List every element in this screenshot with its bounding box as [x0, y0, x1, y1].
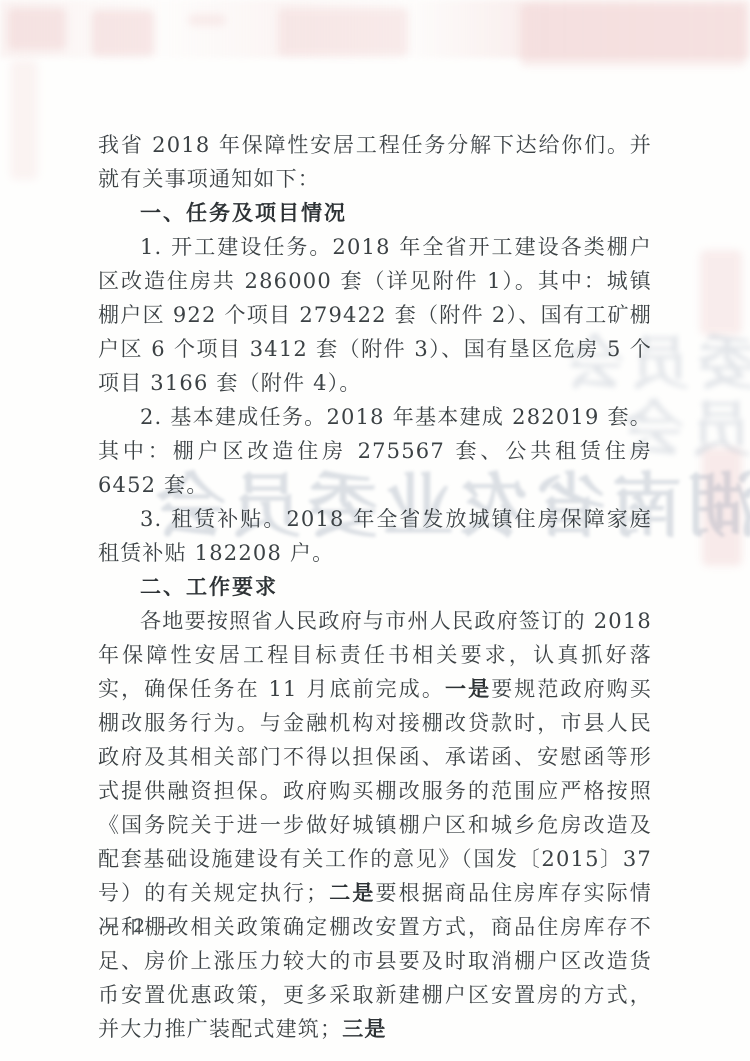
- scan-artifact: [92, 10, 154, 56]
- section2-heading: 二、工作要求: [98, 570, 652, 604]
- page-number: — 2 —: [100, 915, 182, 937]
- section1-item3: 3. 租赁补贴。2018 年全省发放城镇住房保障家庭租赁补贴 182208 户。: [98, 502, 652, 570]
- scan-artifact: [278, 8, 408, 56]
- scan-artifact: [10, 60, 38, 180]
- scanned-document-page: 委员会 员会 湖南省农业委员会 我省 2018 年保障性安居工程任务分解下达给你…: [0, 0, 750, 1061]
- scan-artifact: [702, 448, 742, 566]
- bold-lead-marker: 三是: [342, 1017, 386, 1041]
- section1-item2: 2. 基本建成任务。2018 年基本建成 282019 套。其中：棚户区改造住房…: [98, 400, 652, 502]
- scan-artifact: [700, 250, 742, 335]
- section1-item1: 1. 开工建设任务。2018 年全省开工建设各类棚户区改造住房共 286000 …: [98, 230, 652, 400]
- paragraph-segment: 要规范政府购买棚改服务行为。与金融机构对接棚改贷款时，市县人民政府及其相关部门不…: [98, 677, 652, 905]
- bold-lead-marker: 一是: [445, 677, 491, 701]
- scan-artifact: [520, 4, 746, 66]
- scan-artifact: [188, 14, 226, 26]
- intro-paragraph: 我省 2018 年保障性安居工程任务分解下达给你们。并就有关事项通知如下：: [98, 128, 652, 196]
- section2-paragraph: 各地要按照省人民政府与市州人民政府签订的 2018 年保障性安居工程目标责任书相…: [98, 604, 652, 1046]
- bold-lead-marker: 二是: [328, 881, 375, 905]
- scan-artifact: [8, 8, 66, 50]
- document-body: 我省 2018 年保障性安居工程任务分解下达给你们。并就有关事项通知如下： 一、…: [98, 128, 652, 1046]
- section1-heading: 一、任务及项目情况: [98, 196, 652, 230]
